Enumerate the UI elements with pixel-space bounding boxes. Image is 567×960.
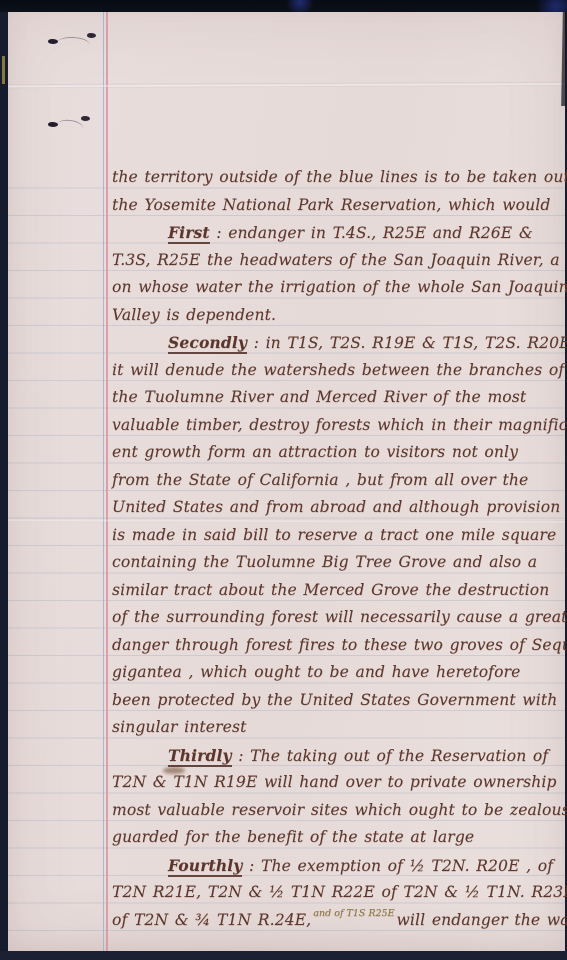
manuscript-line: is made in said bill to reserve a tract … [112,522,564,550]
manuscript-text: the territory outside of the blue lines … [112,164,564,934]
manuscript-line-text: containing the Tuolumne Big Tree Grove a… [112,553,537,571]
manuscript-line: danger through forest fires to these two… [112,632,564,660]
manuscript-line-text: danger through forest fires to these two… [112,636,567,654]
manuscript-line-text: been protected by the United States Gove… [112,691,557,709]
manuscript-line-text: the Yosemite National Park Reservation, … [112,196,550,214]
manuscript-line-text: will endanger the watershed of the [397,911,567,929]
manuscript-line-text: on whose water the irrigation of the who… [112,278,567,296]
fold-crease-top [8,82,565,88]
manuscript-line-text: : in T1S, T2S. R19E & T1S, T2S. R20E [247,334,567,352]
manuscript-line-text: the Tuolumne River and Merced River of t… [112,388,526,406]
ink-blob [87,33,96,38]
manuscript-line: Thirdly : The taking out of the Reservat… [112,742,564,770]
ink-trail [57,36,90,45]
left-edge-artifact [2,56,5,84]
manuscript-line-text: it will denude the watersheds between th… [112,361,564,379]
manuscript-line: of the surrounding forest will necessari… [112,604,564,632]
manuscript-line-text: ent growth form an attraction to visitor… [112,443,518,461]
manuscript-line-text: is made in said bill to reserve a tract … [112,526,556,544]
section-heading: Thirdly [168,746,232,767]
manuscript-line: of T2N & ¾ T1N R.24E,and of T1S R25Ewill… [112,907,564,935]
ink-smudge-top-left-1 [48,33,96,45]
manuscript-line: been protected by the United States Gove… [112,687,564,715]
manuscript-line-text: of T2N & ¾ T1N R.24E, [112,911,311,929]
manuscript-line-text: T2N & T1N R19E will hand over to private… [112,773,557,791]
manuscript-line: T2N & T1N R19E will hand over to private… [112,769,564,797]
manuscript-line-text: : The taking out of the Reservation of [232,747,549,765]
manuscript-line-text: similar tract about the Merced Grove the… [112,581,549,599]
manuscript-line-text: guarded for the benefit of the state at … [112,828,474,846]
manuscript-line: T.3S, R25E the headwaters of the San Joa… [112,247,564,275]
ink-blob [81,116,90,121]
manuscript-line: First : endanger in T.4S., R25E and R26E… [112,219,564,247]
manuscript-line: most valuable reservoir sites which ough… [112,797,564,825]
manuscript-line-text: valuable timber, destroy forests which i… [112,416,567,434]
manuscript-line: singular interest [112,714,564,742]
manuscript-line: gigantea , which ought to be and have he… [112,659,564,687]
manuscript-line: on whose water the irrigation of the who… [112,274,564,302]
manuscript-line: the territory outside of the blue lines … [112,164,564,192]
manuscript-line: United States and from abroad and althou… [112,494,564,522]
manuscript-line: Fourthly : The exemption of ½ T2N. R20E … [112,852,564,880]
manuscript-line: containing the Tuolumne Big Tree Grove a… [112,549,564,577]
manuscript-line: it will denude the watersheds between th… [112,357,564,385]
paper-edge-shadow [561,11,567,106]
manuscript-line-text: : The exemption of ½ T2N. R20E , of [242,857,553,875]
manuscript-line-text: most valuable reservoir sites which ough… [112,801,567,819]
manuscript-line: from the State of California , but from … [112,467,564,495]
manuscript-line: Valley is dependent. [112,302,564,330]
inserted-annotation: and of T1S R25E [313,900,394,928]
manuscript-line-text: the territory outside of the blue lines … [112,168,567,186]
manuscript-line-text: T2N R21E, T2N & ½ T1N R22E of T2N & ½ T1… [112,883,567,901]
section-heading: Secondly [168,333,247,354]
photo-frame: the territory outside of the blue lines … [0,0,567,960]
manuscript-line: similar tract about the Merced Grove the… [112,577,564,605]
manuscript-line-text: United States and from abroad and althou… [112,498,560,516]
margin-line-pink [106,11,108,952]
margin-line-blue [103,11,104,952]
section-heading: Fourthly [168,856,242,877]
manuscript-line: the Yosemite National Park Reservation, … [112,192,564,220]
manuscript-line-text: from the State of California , but from … [112,471,528,489]
manuscript-line: the Tuolumne River and Merced River of t… [112,384,564,412]
manuscript-line: Secondly : in T1S, T2S. R19E & T1S, T2S.… [112,329,564,357]
manuscript-paper: the territory outside of the blue lines … [8,11,565,952]
manuscript-line-text: T.3S, R25E the headwaters of the San Joa… [112,251,567,269]
manuscript-line-text: Valley is dependent. [112,306,276,324]
manuscript-line-text: singular interest [112,718,247,736]
manuscript-line: valuable timber, destroy forests which i… [112,412,564,440]
section-heading: First [168,223,210,244]
manuscript-line-text: : endanger in T.4S., R25E and R26E & [210,224,533,242]
manuscript-line: guarded for the benefit of the state at … [112,824,564,852]
manuscript-line: ent growth form an attraction to visitor… [112,439,564,467]
ink-smudge-top-left-2 [48,116,90,130]
manuscript-line-text: gigantea , which ought to be and have he… [112,663,520,681]
manuscript-line-text: of the surrounding forest will necessari… [112,608,567,626]
ink-trail [57,118,85,129]
